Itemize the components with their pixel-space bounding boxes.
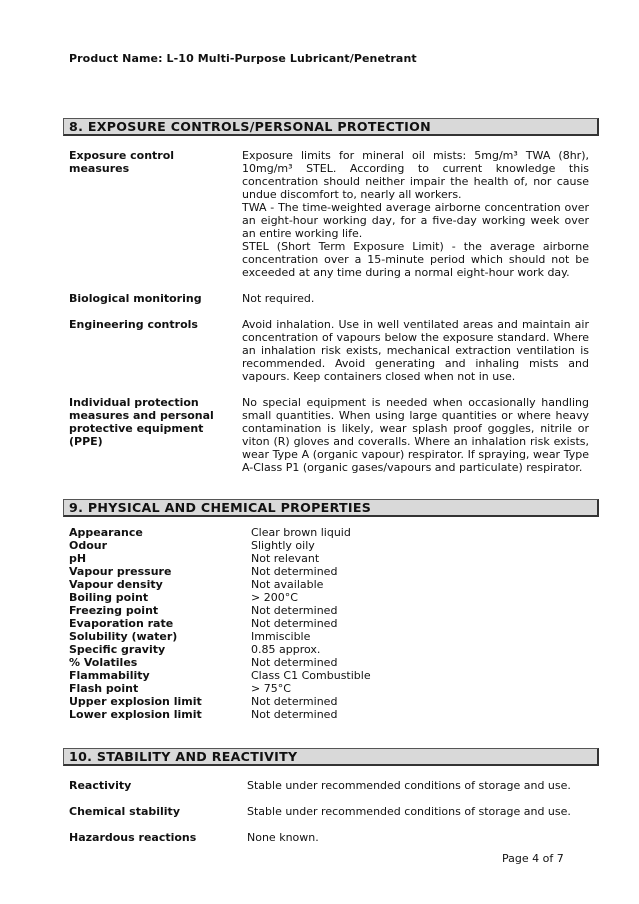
property-value: > 200°C	[251, 591, 298, 604]
property-value: Not determined	[251, 656, 337, 669]
row-label: Chemical stability	[69, 805, 180, 818]
property-label: Lower explosion limit	[69, 708, 249, 721]
property-label: Vapour pressure	[69, 565, 249, 578]
property-label: Odour	[69, 539, 249, 552]
property-value: Not determined	[251, 604, 337, 617]
row-label: Reactivity	[69, 779, 131, 792]
product-name: Product Name: L-10 Multi-Purpose Lubrica…	[69, 52, 417, 65]
property-value: 0.85 approx.	[251, 643, 320, 656]
paragraph: TWA - The time-weighted average airborne…	[242, 201, 589, 240]
row-value: Exposure limits for mineral oil mists: 5…	[242, 149, 589, 279]
property-label: Boiling point	[69, 591, 249, 604]
property-value: Not relevant	[251, 552, 319, 565]
property-label: Flash point	[69, 682, 249, 695]
property-value: Immiscible	[251, 630, 310, 643]
property-label: Vapour density	[69, 578, 249, 591]
row-value: None known.	[247, 831, 319, 844]
property-value: Clear brown liquid	[251, 526, 351, 539]
row-label: Engineering controls	[69, 318, 234, 331]
row-value: Stable under recommended conditions of s…	[247, 779, 571, 792]
row-label: Hazardous reactions	[69, 831, 196, 844]
property-label: pH	[69, 552, 249, 565]
row-value: Not required.	[242, 292, 589, 305]
paragraph: Exposure limits for mineral oil mists: 5…	[242, 149, 589, 201]
row-value: No special equipment is needed when occa…	[242, 396, 589, 474]
property-label: Freezing point	[69, 604, 249, 617]
property-value: Class C1 Combustible	[251, 669, 371, 682]
property-value: Not determined	[251, 617, 337, 630]
property-label: Evaporation rate	[69, 617, 249, 630]
property-value: Not determined	[251, 565, 337, 578]
row-label: Exposure control measures	[69, 149, 199, 175]
row-label: Biological monitoring	[69, 292, 234, 305]
property-value: > 75°C	[251, 682, 291, 695]
section-10-heading: 10. STABILITY AND REACTIVITY	[63, 748, 599, 766]
row-label: Individual protection measures and perso…	[69, 396, 219, 448]
property-label: Upper explosion limit	[69, 695, 249, 708]
property-value: Not available	[251, 578, 323, 591]
property-label: Flammability	[69, 669, 249, 682]
property-label: Solubility (water)	[69, 630, 249, 643]
section-9-heading: 9. PHYSICAL AND CHEMICAL PROPERTIES	[63, 499, 599, 517]
property-value: Not determined	[251, 708, 337, 721]
property-label: Appearance	[69, 526, 249, 539]
row-value: Stable under recommended conditions of s…	[247, 805, 571, 818]
property-label: Specific gravity	[69, 643, 249, 656]
property-value: Slightly oily	[251, 539, 315, 552]
property-value: Not determined	[251, 695, 337, 708]
row-value: Avoid inhalation. Use in well ventilated…	[242, 318, 589, 383]
paragraph: STEL (Short Term Exposure Limit) - the a…	[242, 240, 589, 279]
page-number: Page 4 of 7	[502, 852, 564, 865]
section-8-heading: 8. EXPOSURE CONTROLS/PERSONAL PROTECTION	[63, 118, 599, 136]
property-label: % Volatiles	[69, 656, 249, 669]
